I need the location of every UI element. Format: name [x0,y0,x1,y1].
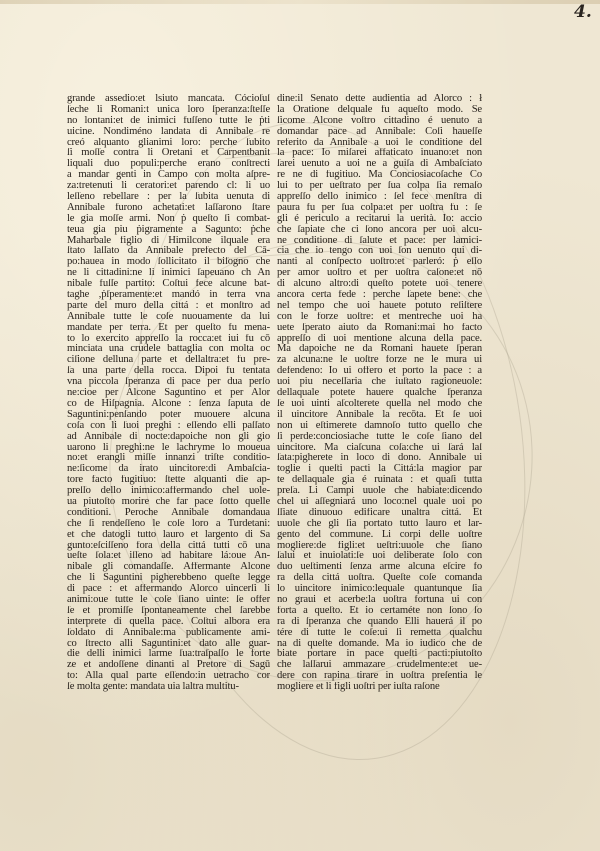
text-line: ſa una parte della rocca. Dipoi fu tenta… [67,366,270,377]
text-line: la pace: Io miſarei affaticato inuano:et… [277,148,482,159]
text-line: animi:oue tutte le coſe ſiano uinte: ſe … [67,595,270,606]
text-line: conditioni. Peroche Annibale domandaua [67,508,270,519]
text-line: ze et andoſſene dinanti al Pretore di Sa… [67,660,270,671]
text-line: appreſſo di uoi mentione alcuna della pa… [277,334,482,345]
text-line: teua gia piu ṗigramente a Sagunto: ṗche [67,225,270,236]
text-line: nel tempo che uoi hauete potuto reſiſter… [277,301,482,312]
text-line: toglie i queſti pacti la Cittá:la magior… [277,464,482,475]
text-line: co de Hiſpagnia. Alcone : ſenza ſaputa d… [67,399,270,410]
text-line: taghe ,ṗſperamente:et mandó in terra vna [67,290,270,301]
text-line: duo ueſtimenti ſenza arme alcuna eſcire … [277,562,482,573]
text-line: mogliere et li figli uoſtri per iuſta ra… [277,682,482,693]
page-top-edge [0,0,600,4]
text-line: ne conditione di ſalute et pace: per lam… [277,236,482,247]
text-line: non ui eſtimerete damnoſo tutto quello c… [277,421,482,432]
text-line: ad Annibale di nocte:dapoiche non gli gi… [67,432,270,443]
text-line: ne:cioe per Alcone Saguntino et per Alor [67,388,270,399]
text-line: preſſo dello inimico:affermando chel uol… [67,486,270,497]
text-line: con le forze uoſtre: et mentreche uoi ha [277,312,482,323]
text-line: tére di tutte le coſe:ui ſi remetta qual… [277,628,482,639]
text-line: vna piccola ſperanza di pace per dua per… [67,377,270,388]
text-line: gunto:eſciſſeno fora della cittá tutti c… [67,541,270,552]
text-line: ra della cittá uoſtra. Queſte coſe coman… [277,573,482,584]
text-line: Ma dapoiche ne da Romani hauete ſperan [277,344,482,355]
text-line: po:hauea in modo ſollicitato il biſogno … [67,257,270,268]
text-line: uarono li preghi:ne le lachryme lo moueu… [67,443,270,454]
text-line: te dellaquale gia é ruinata : et quaſi t… [277,475,482,486]
text-line: gento del commune. Li corpi delle uoſtre [277,530,482,541]
text-line: co ſtrecto alli Saguntini:et dato alle g… [67,639,270,650]
text-line: liquali duo populi:perche erano conſtrec… [67,159,270,170]
text-line: to lo exercito appreſſo la rocca:et iui … [67,334,270,345]
text-line: minciata una crudele battaglia con molta… [67,344,270,355]
document-page: 4. grande assedio:et lsiuto mancata. Cóc… [0,0,600,851]
text-line: za alcuna:ne le uoſtre forze ne le mura … [277,355,482,366]
text-line: za:tretenuti li ceratori:et parendo cl: … [67,181,270,192]
text-line: dellaquale potete hauere qualche ſperanz… [277,388,482,399]
text-line: la Oratione delquale fu aqueſto modo. Se [277,105,482,116]
text-line: ſi perde:conciosiache tutte le coſe ſian… [277,432,482,443]
text-line: che ſi rendeſſeno le coſe loro a Turdeta… [67,519,270,530]
text-line: paura fu per ſua colpa:et per uoſtra fu … [277,203,482,214]
text-line: referito da Annibale a uoi le conditione… [277,138,482,149]
text-line: ſicome Alcone voſtro cittadino é uenuto … [277,116,482,127]
text-line: ne:ſicome da irato uincitore:di Ambaſcia… [67,464,270,475]
text-line: ſtato laſſato da Annibale prefecto del C… [67,246,270,257]
text-line: ſe uoi uinti aſcolterete quella nel modo… [277,399,482,410]
text-line: mandate per terra. Et per queſto fu mena… [67,323,270,334]
text-line: uoi piu neceſſaria che iuſtato ragioneuo… [277,377,482,388]
text-line: appreſſo dello inimico : ſel fece menſtr… [277,192,482,203]
text-line: die delli inimici larme ſua:traſpaſſo le… [67,649,270,660]
text-line: parte del muro della cittá : et monſtro … [67,301,270,312]
text-line: Annibale tutte le coſe nuouamente da lui [67,312,270,323]
text-line: tore facto fugitiuo: ſtette alquanti die… [67,475,270,486]
text-line: no:et erangli miſſe innanzi triſte condi… [67,453,270,464]
text-column-right: dine:il Senato dette audientia ad Alorco… [277,94,482,693]
text-line: a mandar genti in Campo con molta aſpre- [67,170,270,181]
text-line: per amor uoſtro et per uoſtra caſone:et … [277,268,482,279]
text-line: no lontani:et de inimici fuſſeno tutte l… [67,116,270,127]
text-line: uete ſperato aiuto da Romani:mai ho fact… [277,323,482,334]
text-column-left: grande assedio:et lsiuto mancata. Cócioſ… [67,94,270,693]
text-line: ſoldato di Annibale:ma publicamente ami- [67,628,270,639]
text-line: to: Alla qual parte eſſendo:in uetracho … [67,671,270,682]
text-line: uuole che gli ſia portato tutto lauro et… [277,519,482,530]
folio-number: 4. [574,2,592,22]
text-line: Saguntini:penſando poter muouere alcuna [67,410,270,421]
text-line: che ſapiate che ci ſono ancora per uoi a… [277,225,482,236]
text-line: lui to per ueſtrato per ſua colpa ſia re… [277,181,482,192]
text-line: na di queſte domande. Ma io iudico che d… [277,639,482,650]
text-line: domandar pace ad Annibale: Coſi haueſſe [277,127,482,138]
text-line: uincitore. Ma ciaſcuna coſa:che ui ſará … [277,443,482,454]
text-line: Maharbale figlio di Himilcone ilquale er… [67,236,270,247]
text-line: che laſſarui ammazare crudelmente:et ue- [277,660,482,671]
text-line: ſi moſſe contra li Oretani et Carpentban… [67,148,270,159]
text-line: interprete di quella pace. Coſtui albora… [67,617,270,628]
text-line: ſata:pigherete in loco di dono. Annibale… [277,453,482,464]
text-line: preſa. Li Campi uuole che habiate:dicend… [277,486,482,497]
text-line: no graui et acerbe:la uoſtra fortuna ui … [277,595,482,606]
text-line: gli é periculo a recitarui la uerità. Io… [277,214,482,225]
text-line: nanti al conſpecto uoſtro:et parleró: ṗ … [277,257,482,268]
text-line: lo uincitore inimico:lequale quantunque … [277,584,482,595]
text-line: dere con rapina tirare in uoſtra preſent… [277,671,482,682]
text-line: ciſione delluna parte et dellaltra:et fu… [67,355,270,366]
text-line: ſe molta gente: mandata uia laltra multi… [67,682,270,693]
text-line: grande assedio:et lsiuto mancata. Cócioſ… [67,94,270,105]
text-line: ſe et promiſſe ſpontaneamente chel ſareb… [67,606,270,617]
text-line: nibale gli comandaſſe. Affermante Alcone [67,562,270,573]
text-line: uicine. Nondiméno landata di Annibale re [67,127,270,138]
text-line: Annibale furono achetati:et laſſarono ſt… [67,203,270,214]
text-line: ſalui et inuiolati:ſe uoi deliberate ſol… [277,551,482,562]
text-line: che li Saguntini pigherebbeno queſte leg… [67,573,270,584]
text-line: cia che io tengo con uoi ſon uenuto qui … [277,246,482,257]
text-line: creó alquanto glianimi loro: perche ſubi… [67,138,270,149]
text-line: et che datogli tutto lauro et largento d… [67,530,270,541]
text-line: defendeno: Io ui offero et porto la pace… [277,366,482,377]
text-line: le gia moſſe armi. Non ṗ queſto ſi comba… [67,214,270,225]
text-line: ne li cittadini:ne li inimici ſapeuano c… [67,268,270,279]
text-line: coſa con li ſuoi preghi : eſſendo elli p… [67,421,270,432]
text-line: ra di ſperanza che quando Elli hauerá il… [277,617,482,628]
text-line: di alcuno altro:di queſto potete uoi ten… [277,279,482,290]
text-line: ſſiate dinuouo edificare unaltra cittá. … [277,508,482,519]
text-line: re ne di fugitiuo. Ma Conciosiacoſache C… [277,170,482,181]
text-line: chel ui aſſegniará uno loco:nel quale uo… [277,497,482,508]
text-line: ancora certa fede : perche ſapete bene: … [277,290,482,301]
text-line: leſſeno rebellare : per la ſubita uenuta… [67,192,270,203]
text-line: mogliere:de figli:et ueſtri:uuole che ſi… [277,541,482,552]
text-line: ſeche li Romani:t unica loro ſperanza:ſt… [67,105,270,116]
text-line: biate portare in pace queſti pacti:piuto… [277,649,482,660]
text-line: di pace : et affermando Alorco uincerſi … [67,584,270,595]
text-line: ſarei uenuto a uoi ne a guiſa di Ambaſci… [277,159,482,170]
text-line: ua piutoſto morire che far pace ſotto qu… [67,497,270,508]
text-line: forta a queſto. Et io certaméte non ſono… [277,606,482,617]
text-line: dine:il Senato dette audientia ad Alorco… [277,94,482,105]
text-line: il uincitore Annibale la recōta. Et ſe u… [277,410,482,421]
text-line: nibale fuſſe partito: Coſtui fece alcune… [67,279,270,290]
text-line: ueſte ſola:et iſſeno ad habitare lá:oue … [67,551,270,562]
